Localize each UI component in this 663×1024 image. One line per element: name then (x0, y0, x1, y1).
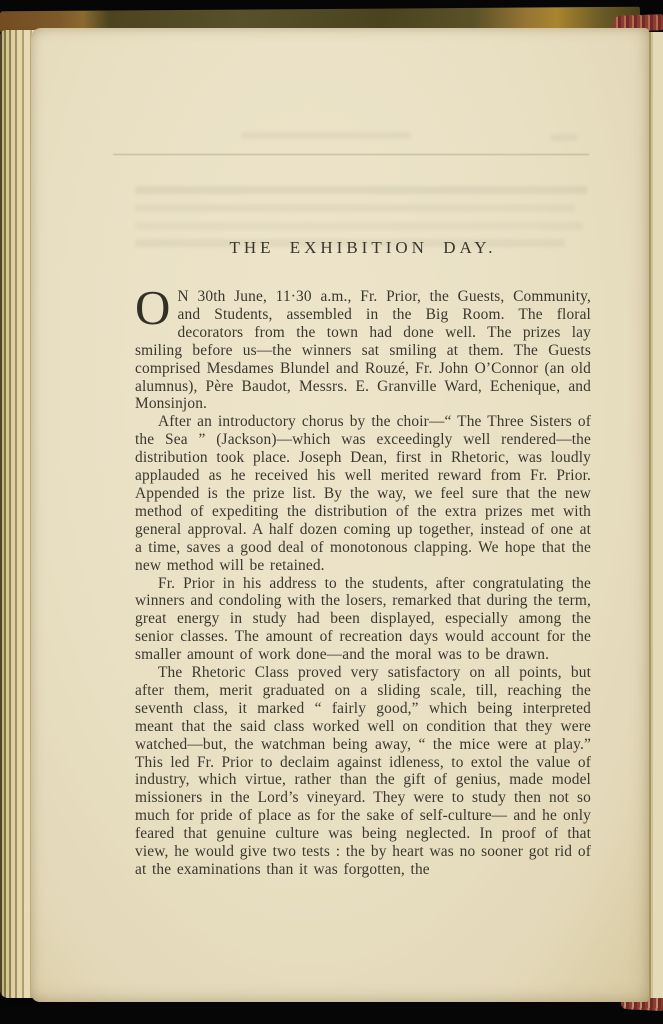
show-through-line (135, 186, 587, 194)
paragraph-2: After an introductory chorus by the choi… (135, 413, 591, 574)
page-title: THE EXHIBITION DAY. (135, 238, 591, 258)
adjacent-page-edge (649, 32, 663, 998)
paragraph-4: The Rhetoric Class proved very satisfact… (135, 664, 591, 879)
drop-cap: O (135, 288, 178, 326)
show-through-folio (551, 134, 577, 141)
book-page: THE EXHIBITION DAY. ON 30th June, 11·30 … (31, 28, 649, 1002)
paragraph-1: ON 30th June, 11·30 a.m., Fr. Prior, the… (135, 288, 591, 413)
show-through-line (135, 222, 583, 230)
photographed-open-book: THE EXHIBITION DAY. ON 30th June, 11·30 … (0, 0, 663, 1024)
paragraph-1-text: N 30th June, 11·30 a.m., Fr. Prior, the … (135, 288, 591, 412)
show-through-header (241, 132, 411, 139)
show-through-line (135, 204, 575, 212)
text-block: THE EXHIBITION DAY. ON 30th June, 11·30 … (135, 238, 591, 879)
show-through-rule (113, 154, 589, 155)
paragraph-3: Fr. Prior in his address to the students… (135, 575, 591, 665)
